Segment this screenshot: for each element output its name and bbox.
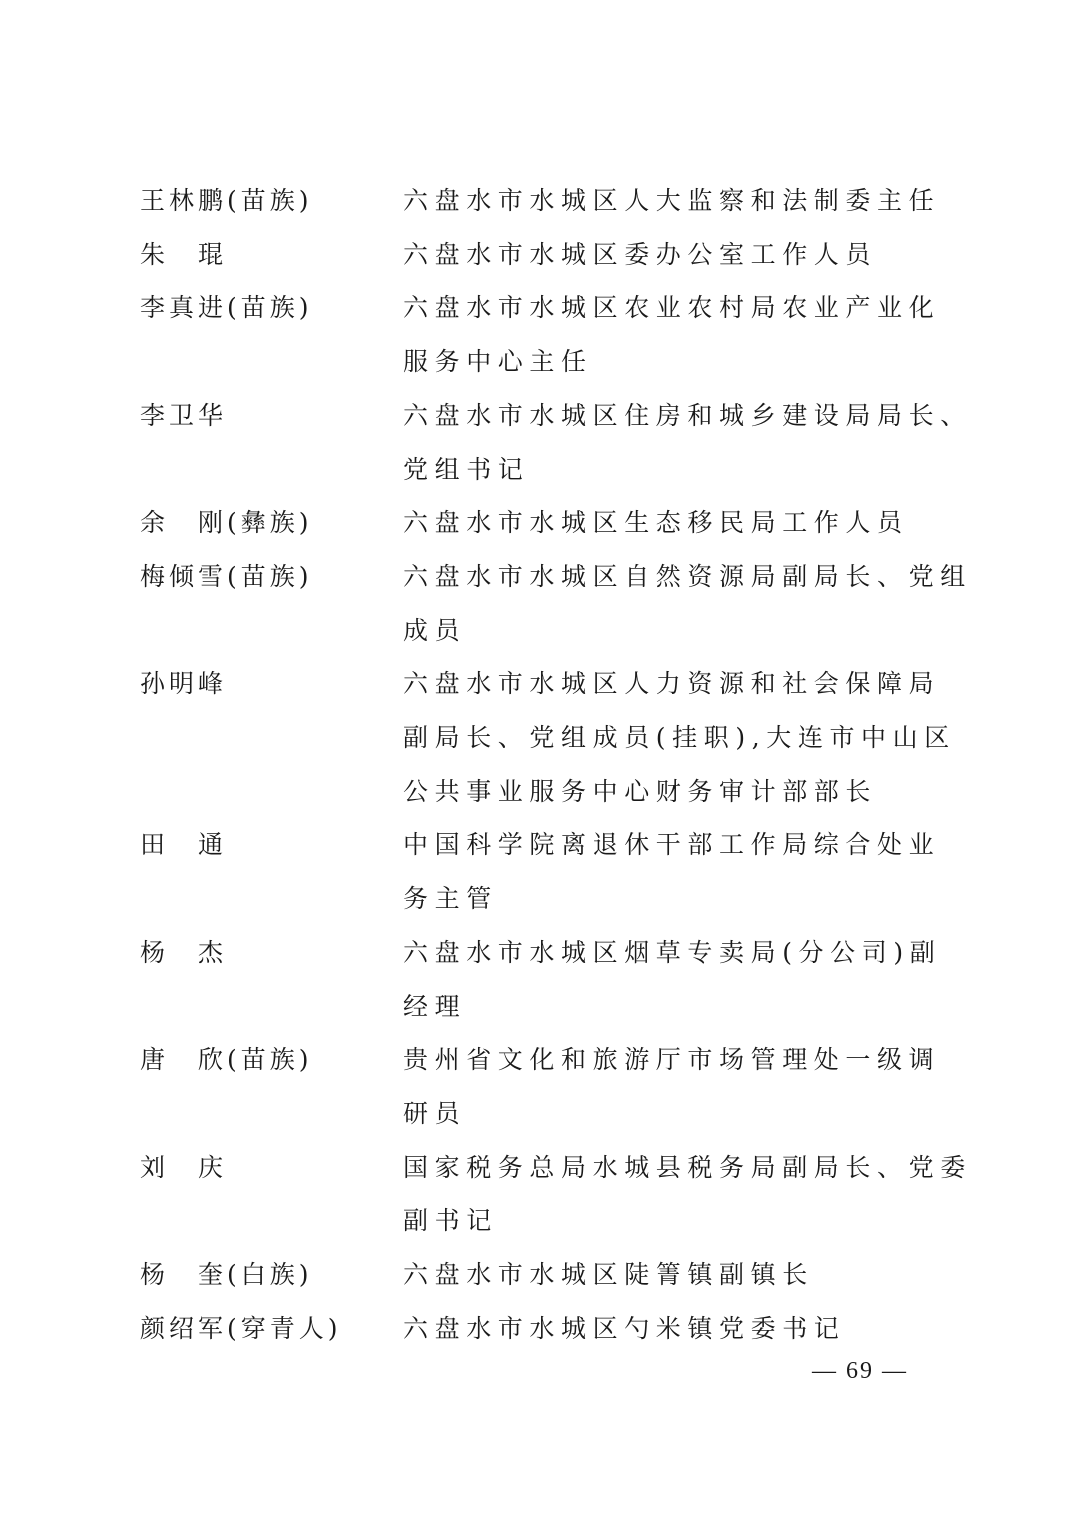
person-duty: 国家税务总局水城县税务局副局长、党委副书记 — [403, 1141, 948, 1248]
person-duty: 六盘水市水城区住房和城乡建设局局长、党组书记 — [403, 389, 948, 496]
list-item: 孙明峰六盘水市水城区人力资源和社会保障局副局长、党组成员(挂职),大连市中山区公… — [140, 657, 950, 818]
person-name: 李卫华 — [140, 389, 403, 443]
duty-line: 务主管 — [403, 872, 948, 926]
list-item: 余 刚(彝族)六盘水市水城区生态移民局工作人员 — [140, 496, 950, 550]
duty-line: 副书记 — [403, 1194, 948, 1248]
person-name: 孙明峰 — [140, 657, 403, 711]
person-name: 李真进(苗族) — [140, 281, 403, 335]
duty-line: 国家税务总局水城县税务局副局长、党委 — [403, 1141, 948, 1195]
page-number: — 69 — — [812, 1358, 908, 1385]
person-name: 杨 杰 — [140, 926, 403, 980]
duty-line: 研员 — [403, 1087, 948, 1141]
person-name: 朱 琨 — [140, 228, 403, 282]
duty-line: 六盘水市水城区陡箐镇副镇长 — [403, 1248, 948, 1302]
person-duty: 六盘水市水城区委办公室工作人员 — [403, 228, 948, 282]
list-item: 李卫华六盘水市水城区住房和城乡建设局局长、党组书记 — [140, 389, 950, 496]
list-item: 杨 奎(白族)六盘水市水城区陡箐镇副镇长 — [140, 1248, 950, 1302]
list-item: 刘 庆国家税务总局水城县税务局副局长、党委副书记 — [140, 1141, 950, 1248]
person-duty: 六盘水市水城区勺米镇党委书记 — [403, 1302, 948, 1356]
person-name: 唐 欣(苗族) — [140, 1033, 403, 1087]
list-item: 李真进(苗族)六盘水市水城区农业农村局农业产业化服务中心主任 — [140, 281, 950, 388]
duty-line: 党组书记 — [403, 443, 948, 497]
duty-line: 六盘水市水城区自然资源局副局长、党组 — [403, 550, 948, 604]
person-duty: 六盘水市水城区陡箐镇副镇长 — [403, 1248, 948, 1302]
document-page: 王林鹏(苗族)六盘水市水城区人大监察和法制委主任朱 琨六盘水市水城区委办公室工作… — [0, 0, 1080, 1527]
duty-line: 贵州省文化和旅游厅市场管理处一级调 — [403, 1033, 948, 1087]
person-duty: 六盘水市水城区农业农村局农业产业化服务中心主任 — [403, 281, 948, 388]
duty-line: 六盘水市水城区住房和城乡建设局局长、 — [403, 389, 948, 443]
list-item: 田 通中国科学院离退休干部工作局综合处业务主管 — [140, 818, 950, 925]
duty-line: 中国科学院离退休干部工作局综合处业 — [403, 818, 948, 872]
duty-line: 六盘水市水城区人力资源和社会保障局 — [403, 657, 948, 711]
person-name: 余 刚(彝族) — [140, 496, 403, 550]
duty-line: 六盘水市水城区人大监察和法制委主任 — [403, 174, 948, 228]
personnel-list: 王林鹏(苗族)六盘水市水城区人大监察和法制委主任朱 琨六盘水市水城区委办公室工作… — [140, 174, 950, 1355]
duty-line: 服务中心主任 — [403, 335, 948, 389]
person-duty: 六盘水市水城区人大监察和法制委主任 — [403, 174, 948, 228]
list-item: 唐 欣(苗族)贵州省文化和旅游厅市场管理处一级调研员 — [140, 1033, 950, 1140]
list-item: 梅倾雪(苗族)六盘水市水城区自然资源局副局长、党组成员 — [140, 550, 950, 657]
person-name: 刘 庆 — [140, 1141, 403, 1195]
duty-line: 经理 — [403, 980, 948, 1034]
person-duty: 贵州省文化和旅游厅市场管理处一级调研员 — [403, 1033, 948, 1140]
person-name: 王林鹏(苗族) — [140, 174, 403, 228]
duty-line: 六盘水市水城区委办公室工作人员 — [403, 228, 948, 282]
person-duty: 六盘水市水城区人力资源和社会保障局副局长、党组成员(挂职),大连市中山区公共事业… — [403, 657, 948, 818]
person-name: 田 通 — [140, 818, 403, 872]
duty-line: 六盘水市水城区勺米镇党委书记 — [403, 1302, 948, 1356]
list-item: 杨 杰六盘水市水城区烟草专卖局(分公司)副经理 — [140, 926, 950, 1033]
duty-line: 六盘水市水城区生态移民局工作人员 — [403, 496, 948, 550]
person-duty: 六盘水市水城区自然资源局副局长、党组成员 — [403, 550, 948, 657]
duty-line: 成员 — [403, 604, 948, 658]
person-duty: 中国科学院离退休干部工作局综合处业务主管 — [403, 818, 948, 925]
person-duty: 六盘水市水城区烟草专卖局(分公司)副经理 — [403, 926, 948, 1033]
duty-line: 公共事业服务中心财务审计部部长 — [403, 765, 948, 819]
person-name: 梅倾雪(苗族) — [140, 550, 403, 604]
person-name: 颜绍军(穿青人) — [140, 1302, 403, 1356]
duty-line: 副局长、党组成员(挂职),大连市中山区 — [403, 711, 948, 765]
list-item: 朱 琨六盘水市水城区委办公室工作人员 — [140, 228, 950, 282]
person-name: 杨 奎(白族) — [140, 1248, 403, 1302]
person-duty: 六盘水市水城区生态移民局工作人员 — [403, 496, 948, 550]
list-item: 王林鹏(苗族)六盘水市水城区人大监察和法制委主任 — [140, 174, 950, 228]
duty-line: 六盘水市水城区烟草专卖局(分公司)副 — [403, 926, 948, 980]
duty-line: 六盘水市水城区农业农村局农业产业化 — [403, 281, 948, 335]
list-item: 颜绍军(穿青人)六盘水市水城区勺米镇党委书记 — [140, 1302, 950, 1356]
